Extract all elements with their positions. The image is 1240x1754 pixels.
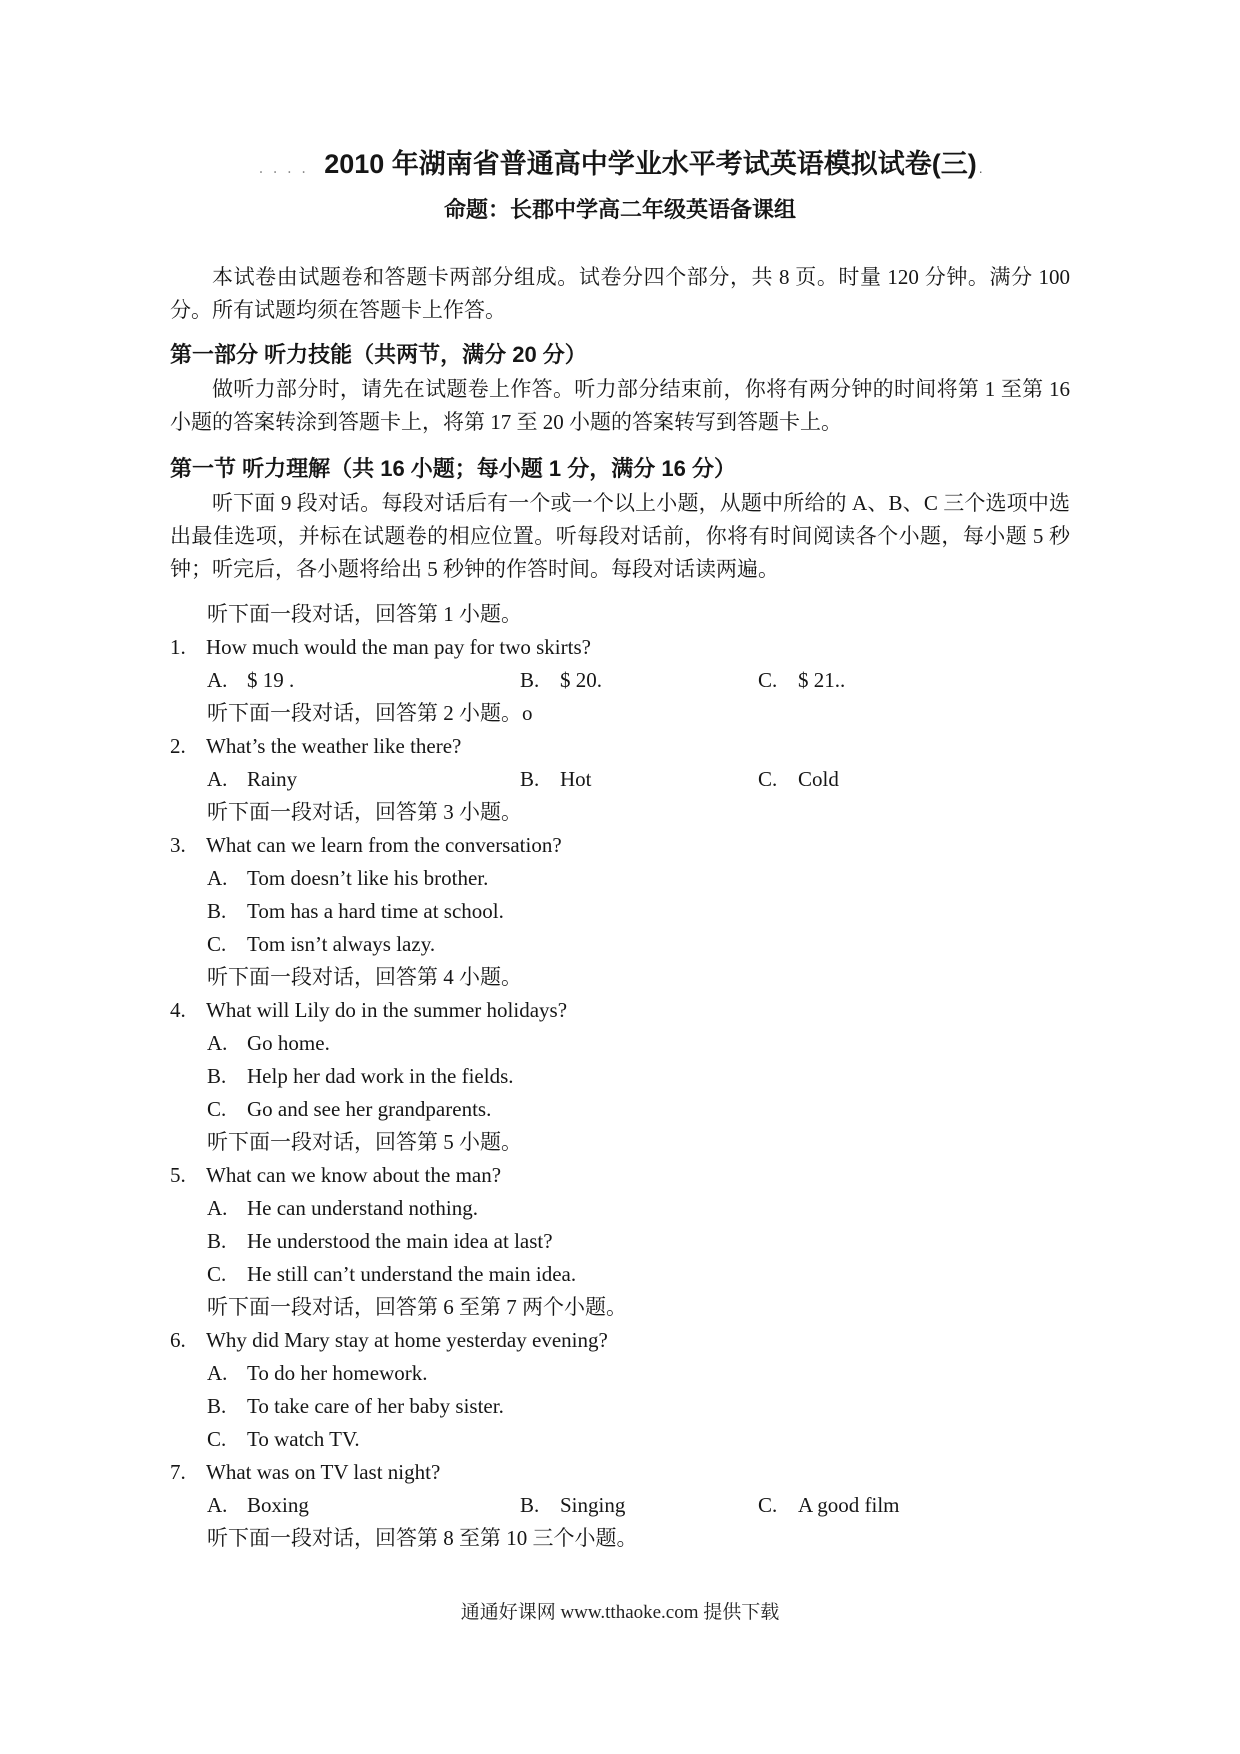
- question-item-3: 3. What can we learn from the conversati…: [170, 829, 1070, 961]
- option-text: Boxing: [247, 1489, 520, 1522]
- option-c: C.Go and see her grandparents.: [170, 1093, 1070, 1126]
- question-number: 3.: [170, 829, 206, 862]
- option-label: A.: [207, 862, 247, 895]
- option-b: B.Help her dad work in the fields.: [170, 1060, 1070, 1093]
- section1-heading: 第一节 听力理解（共 16 小题；每小题 1 分，满分 16 分）: [170, 453, 1070, 485]
- question-number: 2.: [170, 730, 206, 763]
- page-title-text: 2010 年湖南省普通高中学业水平考试英语模拟试卷(三): [324, 149, 977, 179]
- question-text: What can we know about the man?: [206, 1159, 1070, 1192]
- page-footer: 通通好课网 www.tthaoke.com 提供下载: [0, 1600, 1240, 1626]
- option-label: B.: [207, 895, 247, 928]
- exam-setter-line: 命题：长郡中学高二年级英语备课组: [170, 195, 1070, 225]
- option-b: B.He understood the main idea at last?: [170, 1225, 1070, 1258]
- option-text: He can understand nothing.: [247, 1192, 1070, 1225]
- question-number: 5.: [170, 1159, 206, 1192]
- question-text: What’s the weather like there?: [206, 730, 1070, 763]
- listening-prompt-8-10: 听下面一段对话，回答第 8 至第 10 三个小题。: [170, 1522, 1070, 1555]
- question-item-2: 2. What’s the weather like there? A.Rain…: [170, 730, 1070, 796]
- option-text: Rainy: [247, 763, 520, 796]
- option-label: C.: [207, 1423, 247, 1456]
- option-a: A.He can understand nothing.: [170, 1192, 1070, 1225]
- option-text: To do her homework.: [247, 1357, 1070, 1390]
- option-label: A.: [207, 1192, 247, 1225]
- question-item-1: 1. How much would the man pay for two sk…: [170, 631, 1070, 697]
- question-number: 7.: [170, 1456, 206, 1489]
- option-label: A.: [207, 763, 247, 796]
- question-text: Why did Mary stay at home yesterday even…: [206, 1324, 1070, 1357]
- option-text: To take care of her baby sister.: [247, 1390, 1070, 1423]
- option-text: Tom isn’t always lazy.: [247, 928, 1070, 961]
- option-text: Go home.: [247, 1027, 1070, 1060]
- listening-prompt-3: 听下面一段对话，回答第 3 小题。: [170, 796, 1070, 829]
- option-label: B.: [207, 1390, 247, 1423]
- option-b: B.Tom has a hard time at school.: [170, 895, 1070, 928]
- option-label: B.: [520, 1489, 560, 1522]
- option-a: A.Boxing: [207, 1489, 520, 1522]
- scan-artifact-dot: .: [979, 160, 983, 176]
- option-a: A.To do her homework.: [170, 1357, 1070, 1390]
- option-text: $ 20.: [560, 664, 758, 697]
- option-c: C.Cold: [758, 763, 1070, 796]
- option-label: B.: [207, 1225, 247, 1258]
- option-c: C.Tom isn’t always lazy.: [170, 928, 1070, 961]
- option-c: C.He still can’t understand the main ide…: [170, 1258, 1070, 1291]
- listening-prompt-4: 听下面一段对话，回答第 4 小题。: [170, 961, 1070, 994]
- scan-artifact-dots: ....: [257, 162, 314, 176]
- question-number: 1.: [170, 631, 206, 664]
- option-c: C.To watch TV.: [170, 1423, 1070, 1456]
- option-text: Go and see her grandparents.: [247, 1093, 1070, 1126]
- options-row: A.Boxing B.Singing C.A good film: [170, 1489, 1070, 1522]
- option-label: C.: [207, 1258, 247, 1291]
- option-b: B.Hot: [520, 763, 758, 796]
- option-text: Singing: [560, 1489, 758, 1522]
- question-text: How much would the man pay for two skirt…: [206, 631, 1070, 664]
- option-c: C.$ 21..: [758, 664, 1070, 697]
- option-a: A.$ 19 .: [207, 664, 520, 697]
- listening-prompt-1: 听下面一段对话，回答第 1 小题。: [170, 598, 1070, 631]
- question-item-7: 7. What was on TV last night? A.Boxing B…: [170, 1456, 1070, 1522]
- question-text: What was on TV last night?: [206, 1456, 1070, 1489]
- option-a: A.Go home.: [170, 1027, 1070, 1060]
- option-text: Tom has a hard time at school.: [247, 895, 1070, 928]
- option-text: Help her dad work in the fields.: [247, 1060, 1070, 1093]
- option-b: B.Singing: [520, 1489, 758, 1522]
- option-c: C.A good film: [758, 1489, 1070, 1522]
- listening-prompt-2: 听下面一段对话，回答第 2 小题。o: [170, 697, 1070, 730]
- option-label: A.: [207, 1357, 247, 1390]
- option-label: C.: [207, 1093, 247, 1126]
- listening-prompt-5: 听下面一段对话，回答第 5 小题。: [170, 1126, 1070, 1159]
- question-item-5: 5. What can we know about the man? A.He …: [170, 1159, 1070, 1291]
- option-a: A.Rainy: [207, 763, 520, 796]
- option-label: C.: [758, 763, 798, 796]
- option-text: He understood the main idea at last?: [247, 1225, 1070, 1258]
- option-label: C.: [758, 1489, 798, 1522]
- options-row: A.Rainy B.Hot C.Cold: [170, 763, 1070, 796]
- option-b: B.$ 20.: [520, 664, 758, 697]
- option-text: Hot: [560, 763, 758, 796]
- part1-heading: 第一部分 听力技能（共两节，满分 20 分）: [170, 339, 1070, 371]
- option-text: Cold: [798, 763, 1070, 796]
- option-label: A.: [207, 1027, 247, 1060]
- section1-instructions: 听下面 9 段对话。每段对话后有一个或一个以上小题，从题中所给的 A、B、C 三…: [170, 487, 1070, 586]
- question-number: 4.: [170, 994, 206, 1027]
- questions-area: 听下面一段对话，回答第 1 小题。 1. How much would the …: [170, 598, 1070, 1555]
- option-label: B.: [520, 664, 560, 697]
- listening-prompt-6-7: 听下面一段对话，回答第 6 至第 7 两个小题。: [170, 1291, 1070, 1324]
- option-text: Tom doesn’t like his brother.: [247, 862, 1070, 895]
- question-item-6: 6. Why did Mary stay at home yesterday e…: [170, 1324, 1070, 1456]
- options-row: A.$ 19 . B.$ 20. C.$ 21..: [170, 664, 1070, 697]
- question-text: What will Lily do in the summer holidays…: [206, 994, 1070, 1027]
- question-text: What can we learn from the conversation?: [206, 829, 1070, 862]
- option-a: A.Tom doesn’t like his brother.: [170, 862, 1070, 895]
- option-b: B.To take care of her baby sister.: [170, 1390, 1070, 1423]
- part1-instructions: 做听力部分时，请先在试题卷上作答。听力部分结束前，你将有两分钟的时间将第 1 至…: [170, 373, 1070, 439]
- option-label: C.: [758, 664, 798, 697]
- option-label: C.: [207, 928, 247, 961]
- exam-page: ....2010 年湖南省普通高中学业水平考试英语模拟试卷(三). 命题：长郡中…: [0, 0, 1240, 1754]
- question-item-4: 4. What will Lily do in the summer holid…: [170, 994, 1070, 1126]
- option-text: $ 21..: [798, 664, 1070, 697]
- option-text: A good film: [798, 1489, 1070, 1522]
- exam-intro-paragraph: 本试卷由试题卷和答题卡两部分组成。试卷分四个部分，共 8 页。时量 120 分钟…: [170, 261, 1070, 327]
- option-text: $ 19 .: [247, 664, 520, 697]
- option-text: He still can’t understand the main idea.: [247, 1258, 1070, 1291]
- option-text: To watch TV.: [247, 1423, 1070, 1456]
- option-label: A.: [207, 1489, 247, 1522]
- page-title: ....2010 年湖南省普通高中学业水平考试英语模拟试卷(三).: [170, 146, 1070, 187]
- option-label: B.: [520, 763, 560, 796]
- option-label: B.: [207, 1060, 247, 1093]
- question-number: 6.: [170, 1324, 206, 1357]
- option-label: A.: [207, 664, 247, 697]
